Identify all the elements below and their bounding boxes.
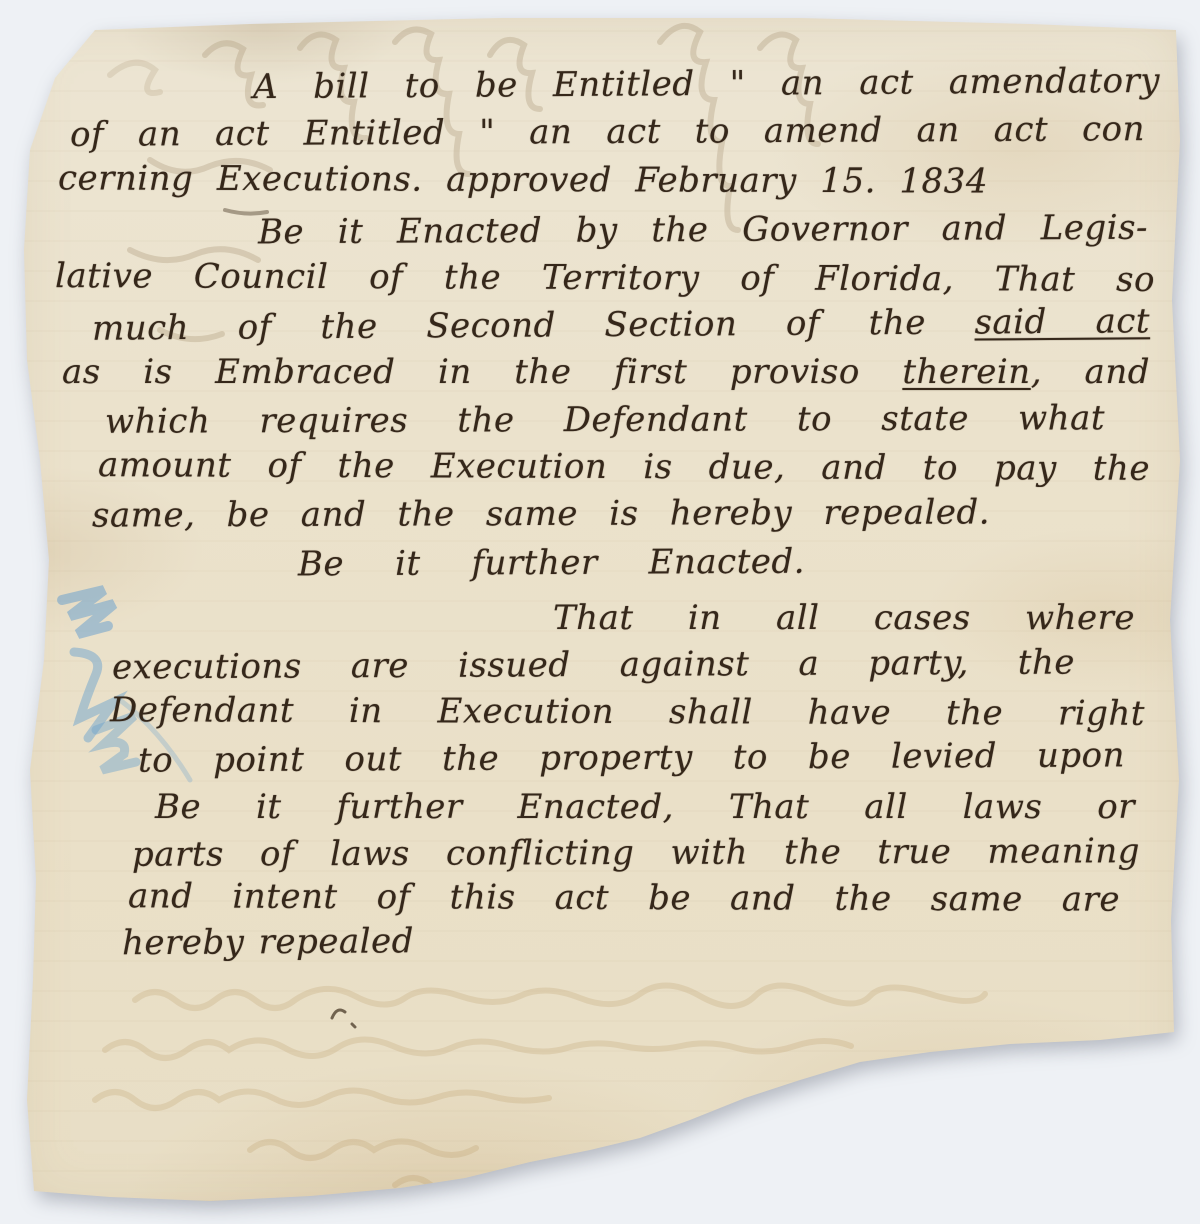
scanned-document: A bill to be Entitled " an act amendator…	[0, 0, 1200, 1224]
handwritten-line-15: to point out the property to be levied u…	[138, 735, 1125, 780]
handwritten-line-3: cerning Executions. approved February 15…	[58, 158, 988, 201]
handwritten-line-19: hereby repealed	[122, 921, 482, 964]
handwritten-line-2: of an act Entitled " an act to amend an …	[70, 109, 1145, 155]
text-segment: which requires the Defendant to state wh…	[105, 398, 1105, 441]
handwritten-line-17: parts of laws conflicting with the true …	[132, 831, 1140, 875]
handwritten-line-16: Be it further Enacted, That all laws or	[155, 787, 1135, 827]
handwritten-line-9: amount of the Execution is due, and to p…	[98, 445, 1150, 489]
handwritten-line-1: A bill to be Entitled " an act amendator…	[253, 61, 1160, 107]
text-segment: parts of laws conflicting with the true …	[132, 831, 1140, 875]
paper-shadow: A bill to be Entitled " an act amendator…	[0, 0, 1200, 1224]
handwritten-line-11: Be it further Enacted.	[298, 542, 805, 585]
text-segment: executions are issued against a party, t…	[112, 642, 1075, 687]
handwritten-line-5: lative Council of the Territory of Flori…	[55, 256, 1155, 300]
handwritten-line-12: That in all cases where	[553, 598, 1135, 638]
handwritten-line-8: which requires the Defendant to state wh…	[105, 398, 1105, 441]
text-segment: to point out the property to be levied u…	[138, 735, 1125, 780]
underlined-phrase: said act	[974, 301, 1150, 342]
text-segment: , and	[1031, 352, 1150, 392]
text-segment: Defendant in Execution shall have the ri…	[110, 690, 1145, 734]
handwritten-line-7: as is Embraced in the first proviso ther…	[62, 352, 1150, 392]
text-segment: Be it further Enacted, That all laws or	[155, 787, 1135, 827]
text-segment: That in all cases where	[553, 598, 1135, 638]
underlined-phrase: therein	[902, 352, 1030, 392]
text-segment: much of the Second Section of the	[92, 303, 975, 349]
text-segment: same, be and the same is hereby repealed…	[92, 492, 990, 535]
text-segment: cerning Executions. approved February 15…	[58, 158, 988, 201]
text-segment: hereby repealed	[122, 921, 414, 963]
handwritten-line-14: Defendant in Execution shall have the ri…	[110, 690, 1145, 734]
handwritten-line-6: much of the Second Section of the said a…	[92, 301, 1150, 348]
handwritten-line-10: same, be and the same is hereby repealed…	[92, 492, 990, 535]
text-segment: A bill to be Entitled " an act amendator…	[253, 61, 1160, 107]
text-segment: and intent of this act be and the same a…	[128, 876, 1120, 919]
manuscript-paper: A bill to be Entitled " an act amendator…	[0, 0, 1200, 1224]
text-segment: as is Embraced in the first proviso	[62, 352, 902, 392]
text-segment: of an act Entitled " an act to amend an …	[70, 109, 1145, 155]
handwritten-line-4: Be it Enacted by the Governor and Legis-	[258, 208, 1148, 253]
text-segment: Be it further Enacted.	[298, 542, 805, 585]
text-segment: Be it Enacted by the Governor and Legis-	[258, 208, 1148, 253]
handwritten-line-13: executions are issued against a party, t…	[112, 642, 1075, 687]
handwritten-line-18: and intent of this act be and the same a…	[128, 876, 1120, 919]
text-segment: amount of the Execution is due, and to p…	[98, 445, 1150, 489]
text-segment: lative Council of the Territory of Flori…	[55, 256, 1155, 300]
